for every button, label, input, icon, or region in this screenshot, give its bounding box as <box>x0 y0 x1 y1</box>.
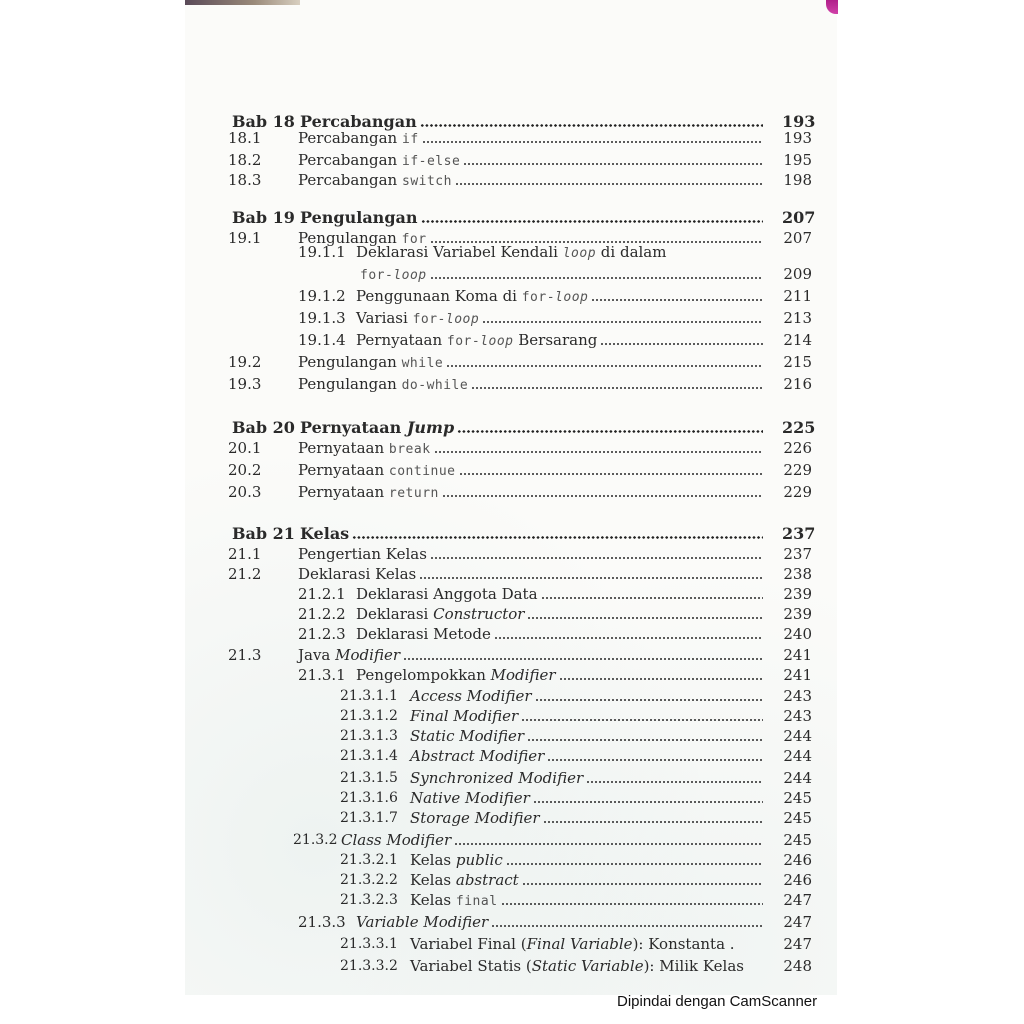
toc-entry: 21.3.2.1Kelas public246 <box>0 850 1024 870</box>
page-number: 229 <box>782 460 812 480</box>
entry-title: Pernyataan continue <box>298 460 456 482</box>
entry-number: 21.3.3.1 <box>340 934 398 954</box>
dot-leader <box>533 801 763 803</box>
title-fragment: Pengertian Kelas <box>298 545 427 563</box>
toc-entry: 21.2.2Deklarasi Constructor239 <box>0 604 1024 624</box>
dot-leader <box>422 141 763 143</box>
title-fragment: Pernyataan <box>298 461 389 479</box>
dot-leader <box>586 781 763 783</box>
entry-number: 21.3.1.7 <box>340 808 398 828</box>
title-fragment: loop <box>555 290 588 305</box>
page-number: 246 <box>782 850 812 870</box>
toc-entry: 21.3.1.7Storage Modifier245 <box>0 808 1024 828</box>
camscanner-watermark: Dipindai dengan CamScanner <box>617 993 817 1010</box>
entry-number: 21.3.1.4 <box>340 746 398 766</box>
title-fragment: if-else <box>402 154 460 169</box>
entry-title: Pernyataan break <box>298 438 431 460</box>
toc-chapter-entry: Bab 21Kelas237 <box>0 524 1024 544</box>
entry-number: 21.2.2 <box>298 604 346 624</box>
entry-number: 19.2 <box>228 352 261 372</box>
dot-leader <box>559 678 763 680</box>
page-number: 198 <box>782 170 812 190</box>
title-fragment: for- <box>413 312 446 327</box>
toc-entry: 20.3Pernyataan return229 <box>0 482 1024 502</box>
toc-entry: 21.3.1.2Final Modifier243 <box>0 706 1024 726</box>
entry-number: 21.3.1 <box>298 665 346 685</box>
toc-chapter-entry: Bab 20Pernyataan Jump225 <box>0 418 1024 438</box>
dot-leader <box>455 183 763 185</box>
page-number: 215 <box>782 352 812 372</box>
title-fragment: Variabel Final ( <box>410 935 527 953</box>
entry-title: Class Modifier <box>341 830 451 850</box>
toc-entry: 21.3.3.1Variabel Final (Final Variable):… <box>0 934 1024 954</box>
entry-title: Variabel Final (Final Variable): Konstan… <box>410 934 735 954</box>
entry-title: Pengulangan <box>300 208 418 228</box>
page-number: 241 <box>782 665 812 685</box>
entry-number: 21.3.2 <box>293 830 338 850</box>
entry-title: Pernyataan for-loop Bersarang <box>356 330 597 352</box>
title-fragment: do-while <box>402 378 469 393</box>
title-fragment: final <box>456 894 498 909</box>
entry-title: Abstract Modifier <box>410 746 544 766</box>
toc-entry: 21.3.1.3Static Modifier244 <box>0 726 1024 746</box>
dot-leader <box>430 277 763 279</box>
page-number: 239 <box>782 604 812 624</box>
entry-title: Pengertian Kelas <box>298 544 427 564</box>
entry-title: Static Modifier <box>410 726 524 746</box>
page-number: 244 <box>782 768 812 788</box>
title-fragment: Java <box>298 646 335 664</box>
entry-title: Percabangan switch <box>298 170 452 192</box>
toc-entry: for-loop209 <box>0 264 1024 284</box>
entry-title: Kelas final <box>410 890 498 912</box>
entry-title: Storage Modifier <box>410 808 540 828</box>
toc-entry: 21.3Java Modifier241 <box>0 645 1024 665</box>
title-fragment: Static Modifier <box>410 727 524 745</box>
title-fragment: di dalam <box>596 243 666 261</box>
entry-number: 20.2 <box>228 460 261 480</box>
title-fragment: Deklarasi Metode <box>356 625 491 643</box>
entry-title: Variable Modifier <box>356 912 488 932</box>
title-fragment: Modifier <box>335 646 400 664</box>
entry-title: Percabangan if <box>298 128 419 150</box>
page-number: 245 <box>782 808 812 828</box>
title-fragment: Pengulangan <box>300 208 418 227</box>
entry-number: 21.3.1.1 <box>340 686 398 706</box>
entry-title: Deklarasi Constructor <box>356 604 524 624</box>
title-fragment: public <box>456 851 503 869</box>
title-fragment: Native Modifier <box>410 789 530 807</box>
title-fragment: continue <box>389 464 456 479</box>
entry-number: 21.3.3 <box>298 912 346 932</box>
title-fragment: for- <box>522 290 555 305</box>
entry-number: 19.1.4 <box>298 330 346 350</box>
entry-title: Pengulangan while <box>298 352 443 374</box>
entry-title: Pengelompokkan Modifier <box>356 665 556 685</box>
title-fragment: Variable Modifier <box>356 913 488 931</box>
page-edge-shadow <box>185 0 300 5</box>
dot-leader <box>463 163 763 165</box>
title-fragment: Kelas <box>300 524 349 543</box>
title-fragment: Final Variable <box>527 935 633 953</box>
entry-number: 19.1.3 <box>298 308 346 328</box>
title-fragment: Kelas <box>410 871 456 889</box>
dot-leader <box>591 299 763 301</box>
entry-title: for-loop <box>360 264 427 286</box>
page-number: 246 <box>782 870 812 890</box>
toc-entry: 19.1.1Deklarasi Variabel Kendali loop di… <box>0 242 1024 262</box>
title-fragment: for- <box>447 334 480 349</box>
dot-leader <box>527 617 763 619</box>
entry-title: Kelas public <box>410 850 503 870</box>
entry-number: 19.1.1 <box>298 242 346 262</box>
entry-title: Variabel Statis (Static Variable): Milik… <box>410 956 744 976</box>
dot-leader <box>543 821 763 823</box>
entry-title: Pernyataan Jump <box>300 418 454 438</box>
title-fragment: Pengelompokkan <box>356 666 491 684</box>
page-number: 229 <box>782 482 812 502</box>
toc-entry: 19.1.2Penggunaan Koma di for-loop211 <box>0 286 1024 306</box>
page-number: 213 <box>782 308 812 328</box>
dot-leader <box>535 699 763 701</box>
toc-entry: 21.3.1.5Synchronized Modifier244 <box>0 768 1024 788</box>
toc-entry: 21.3.3Variable Modifier247 <box>0 912 1024 932</box>
page-number: 225 <box>782 418 812 438</box>
entry-number: 21.3.1.2 <box>340 706 398 726</box>
title-fragment: ): Milik Kelas <box>644 957 744 975</box>
entry-title: Pernyataan return <box>298 482 439 504</box>
toc-entry: 21.3.1.4Abstract Modifier244 <box>0 746 1024 766</box>
title-fragment: loop <box>393 268 426 283</box>
entry-number: 21.3.1.6 <box>340 788 398 808</box>
page-number: 241 <box>782 645 812 665</box>
toc-entry: 20.2Pernyataan continue229 <box>0 460 1024 480</box>
title-fragment: Variasi <box>356 309 413 327</box>
entry-number: 21.3.1.5 <box>340 768 398 788</box>
title-fragment: Variabel Statis ( <box>410 957 532 975</box>
title-fragment: Percabangan <box>298 151 402 169</box>
entry-number: 21.2 <box>228 564 261 584</box>
entry-title: Variasi for-loop <box>356 308 479 330</box>
entry-number: 21.3.2.1 <box>340 850 398 870</box>
dot-leader <box>482 321 763 323</box>
page-number: 216 <box>782 374 812 394</box>
entry-title: Final Modifier <box>410 706 518 726</box>
page-number: 207 <box>782 208 812 228</box>
dot-leader <box>600 343 763 345</box>
dot-leader <box>454 843 763 845</box>
entry-title: Deklarasi Kelas <box>298 564 416 584</box>
dot-leader <box>457 430 763 433</box>
title-fragment: Synchronized Modifier <box>410 769 583 787</box>
title-fragment: Pengulangan <box>298 353 402 371</box>
dot-leader <box>491 925 763 927</box>
title-fragment: Kelas <box>410 891 456 909</box>
dot-leader <box>541 597 763 599</box>
entry-title: Native Modifier <box>410 788 530 808</box>
entry-number: Bab 19 <box>232 208 295 228</box>
page-number: 211 <box>782 286 812 306</box>
toc-entry: 21.3.2Class Modifier245 <box>0 830 1024 850</box>
toc-entry: 19.1.4Pernyataan for-loop Bersarang214 <box>0 330 1024 350</box>
entry-title: Deklarasi Anggota Data <box>356 584 538 604</box>
title-fragment: switch <box>402 174 452 189</box>
dot-leader <box>421 220 763 223</box>
toc-entry: 19.2Pengulangan while215 <box>0 352 1024 372</box>
page-number: 226 <box>782 438 812 458</box>
title-fragment: loop <box>480 334 513 349</box>
title-fragment: Final Modifier <box>410 707 518 725</box>
dot-leader <box>494 637 763 639</box>
entry-number: 20.3 <box>228 482 261 502</box>
entry-number: 21.1 <box>228 544 261 564</box>
dot-leader <box>471 387 763 389</box>
entry-title: Percabangan if-else <box>298 150 460 172</box>
title-fragment: Penggunaan Koma di <box>356 287 522 305</box>
title-fragment: return <box>389 486 439 501</box>
toc-entry: 21.3.1.6Native Modifier245 <box>0 788 1024 808</box>
title-fragment: Jump <box>407 418 454 437</box>
toc-chapter-entry: Bab 19Pengulangan207 <box>0 208 1024 228</box>
page-number: 240 <box>782 624 812 644</box>
title-fragment: while <box>402 356 444 371</box>
title-fragment: Access Modifier <box>410 687 532 705</box>
entry-number: 19.3 <box>228 374 261 394</box>
page-number: 244 <box>782 726 812 746</box>
title-fragment: Deklarasi <box>356 605 433 623</box>
title-fragment: Pengulangan <box>298 375 402 393</box>
dot-leader <box>522 883 763 885</box>
entry-title: Deklarasi Metode <box>356 624 491 644</box>
title-fragment: Deklarasi Variabel Kendali <box>356 243 563 261</box>
entry-number: Bab 20 <box>232 418 295 438</box>
title-fragment: ): Konstanta . <box>633 935 735 953</box>
dot-leader <box>501 903 763 905</box>
entry-number: 18.3 <box>228 170 261 190</box>
entry-title: Penggunaan Koma di for-loop <box>356 286 588 308</box>
toc-entry: 18.2Percabangan if-else195 <box>0 150 1024 170</box>
page-number: 195 <box>782 150 812 170</box>
dot-leader <box>446 365 763 367</box>
dot-leader <box>352 536 763 539</box>
title-fragment: abstract <box>456 871 519 889</box>
title-fragment: Deklarasi Anggota Data <box>356 585 538 603</box>
page-number: 247 <box>782 890 812 910</box>
entry-number: 21.2.1 <box>298 584 346 604</box>
dot-leader <box>419 577 763 579</box>
entry-number: 21.3.3.2 <box>340 956 398 976</box>
page-number: 247 <box>782 912 812 932</box>
entry-number: 21.3 <box>228 645 261 665</box>
dot-leader <box>442 495 763 497</box>
title-fragment: Abstract Modifier <box>410 747 544 765</box>
toc-entry: 19.3Pengulangan do-while216 <box>0 374 1024 394</box>
toc-entry: 21.2.1Deklarasi Anggota Data239 <box>0 584 1024 604</box>
dot-leader <box>420 124 763 127</box>
toc-entry: 21.3.2.2Kelas abstract246 <box>0 870 1024 890</box>
toc-entry: 21.3.1Pengelompokkan Modifier241 <box>0 665 1024 685</box>
entry-title: Kelas abstract <box>410 870 519 890</box>
dot-leader <box>434 451 763 453</box>
entry-number: Bab 21 <box>232 524 295 544</box>
entry-number: 18.1 <box>228 128 261 148</box>
title-fragment: Bersarang <box>514 331 598 349</box>
title-fragment: Pernyataan <box>298 483 389 501</box>
entry-number: 21.3.2.2 <box>340 870 398 890</box>
title-fragment: Percabangan <box>298 171 402 189</box>
toc-entry: 21.3.3.2Variabel Statis (Static Variable… <box>0 956 1024 976</box>
entry-number: 18.2 <box>228 150 261 170</box>
dot-leader <box>403 658 763 660</box>
page-number: 244 <box>782 746 812 766</box>
page-number: 245 <box>782 788 812 808</box>
dot-leader <box>527 739 763 741</box>
toc-entry: 21.3.1.1Access Modifier243 <box>0 686 1024 706</box>
entry-number: 21.3.1.3 <box>340 726 398 746</box>
title-fragment: Modifier <box>491 666 556 684</box>
page-number: 248 <box>782 956 812 976</box>
dot-leader <box>430 557 763 559</box>
page-number: 193 <box>782 128 812 148</box>
title-fragment: Pernyataan <box>300 418 407 437</box>
title-fragment: if <box>402 132 419 147</box>
page-number: 243 <box>782 686 812 706</box>
dot-leader <box>521 719 763 721</box>
entry-title: Java Modifier <box>298 645 400 665</box>
page-number: 209 <box>782 264 812 284</box>
title-fragment: Pernyataan <box>356 331 447 349</box>
dot-leader <box>459 473 763 475</box>
title-fragment: break <box>389 442 431 457</box>
page-number: 239 <box>782 584 812 604</box>
entry-title: Pengulangan do-while <box>298 374 468 396</box>
toc-entry: 21.1Pengertian Kelas237 <box>0 544 1024 564</box>
toc-entry: 21.2Deklarasi Kelas238 <box>0 564 1024 584</box>
title-fragment: loop <box>446 312 479 327</box>
page-number: 237 <box>782 524 812 544</box>
toc-entry: 18.3Percabangan switch198 <box>0 170 1024 190</box>
title-fragment: Pernyataan <box>298 439 389 457</box>
entry-number: 21.2.3 <box>298 624 346 644</box>
page-number: 238 <box>782 564 812 584</box>
page-number: 245 <box>782 830 812 850</box>
title-fragment: Kelas <box>410 851 456 869</box>
toc-entry: 21.2.3Deklarasi Metode240 <box>0 624 1024 644</box>
entry-number: 21.3.2.3 <box>340 890 398 910</box>
title-fragment: Static Variable <box>532 957 644 975</box>
title-fragment: Class Modifier <box>341 831 451 849</box>
entry-number: 20.1 <box>228 438 261 458</box>
page-number: 237 <box>782 544 812 564</box>
page-number: 247 <box>782 934 812 954</box>
toc-entry: 18.1Percabangan if193 <box>0 128 1024 148</box>
dot-leader <box>506 863 763 865</box>
toc-entry: 21.3.2.3Kelas final247 <box>0 890 1024 910</box>
page-number: 243 <box>782 706 812 726</box>
toc-entry: 20.1Pernyataan break226 <box>0 438 1024 458</box>
title-fragment: Percabangan <box>298 129 402 147</box>
entry-number: 19.1.2 <box>298 286 346 306</box>
entry-title: Kelas <box>300 524 349 544</box>
entry-title: Deklarasi Variabel Kendali loop di dalam <box>356 242 666 264</box>
title-fragment: loop <box>563 246 596 261</box>
title-fragment: Constructor <box>433 605 524 623</box>
toc-entry: 19.1.3Variasi for-loop213 <box>0 308 1024 328</box>
entry-title: Access Modifier <box>410 686 532 706</box>
page-number: 214 <box>782 330 812 350</box>
dot-leader <box>547 759 763 761</box>
title-fragment: Deklarasi Kelas <box>298 565 416 583</box>
title-fragment: for- <box>360 268 393 283</box>
title-fragment: Storage Modifier <box>410 809 540 827</box>
entry-title: Synchronized Modifier <box>410 768 583 788</box>
